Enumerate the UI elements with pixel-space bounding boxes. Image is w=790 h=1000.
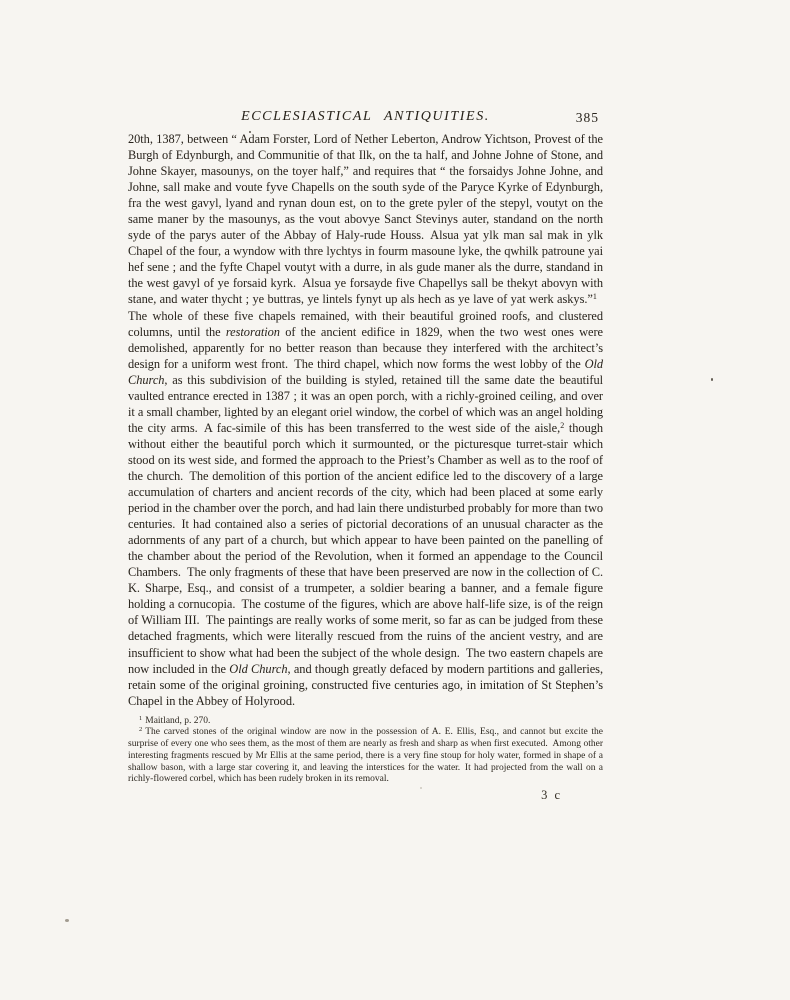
footnote-1: 1Maitland, p. 270. [128, 716, 603, 728]
scan-speck [249, 131, 251, 133]
footnote-2: 2The carved stones of the original windo… [128, 727, 603, 786]
scan-speck [65, 919, 69, 922]
scan-speck [711, 378, 713, 381]
footnote-2-text: The carved stones of the original window… [128, 727, 605, 784]
running-header: ECCLESIASTICAL ANTIQUITIES. 385 [128, 109, 603, 129]
page-title: ECCLESIASTICAL ANTIQUITIES. [128, 109, 603, 125]
body-paragraph: 20th, 1387, between “ Adam Forster, Lord… [128, 131, 603, 709]
page-number: 385 [576, 110, 599, 126]
scan-speck [420, 787, 422, 789]
footnotes: 1Maitland, p. 270. 2The carved stones of… [128, 716, 603, 786]
book-page-scan: ECCLESIASTICAL ANTIQUITIES. 385 20th, 13… [0, 0, 790, 1000]
text-block: 20th, 1387, between “ Adam Forster, Lord… [128, 131, 603, 803]
footnote-1-text: Maitland, p. 270. [145, 716, 210, 726]
footnote-2-marker: 2 [139, 726, 142, 733]
printers-signature: 3 c [128, 788, 603, 803]
footnote-1-marker: 1 [139, 715, 142, 722]
